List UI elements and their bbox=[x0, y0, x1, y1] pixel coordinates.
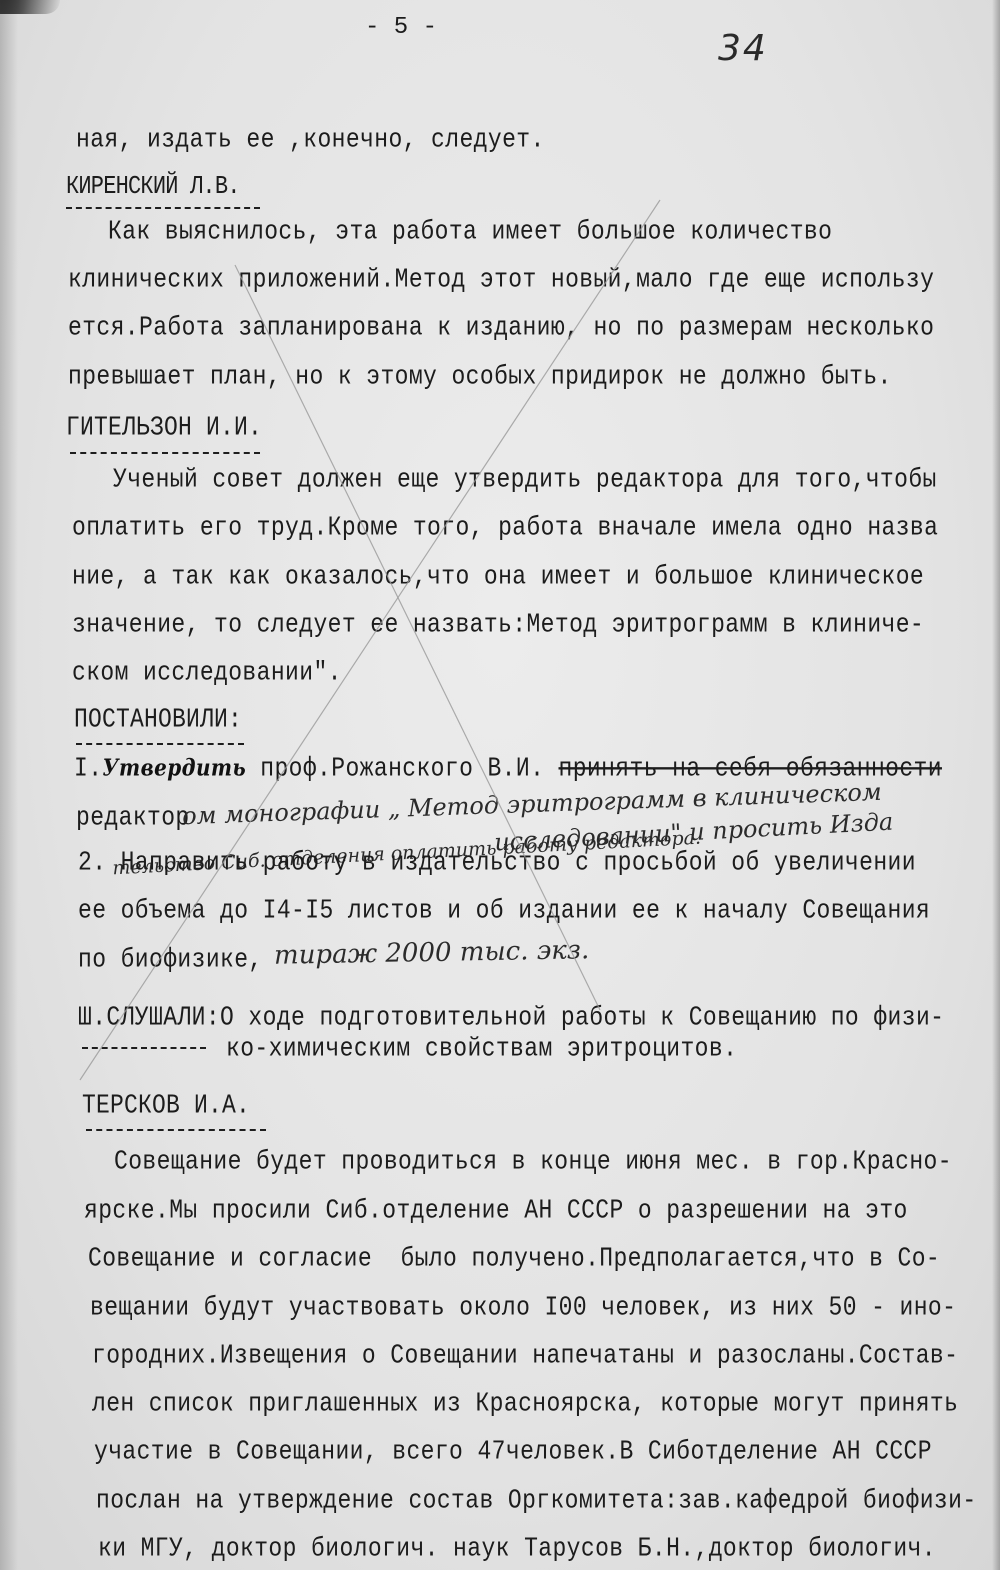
scan-left-edge bbox=[0, 0, 18, 1570]
speaker-name-gitelzon: ГИТЕЛЬЗОН И.И. bbox=[66, 412, 262, 443]
paragraph-line: ки МГУ, доктор биологич. наук Тарусов Б.… bbox=[98, 1533, 936, 1564]
continuation-line: ная, издать ее ,конечно, следует. bbox=[76, 124, 545, 155]
struck-out-text: принять на себя обязанности bbox=[559, 753, 942, 784]
speaker-name-kirensky: КИРЕНСКИЙ Л.В. bbox=[66, 172, 240, 202]
handwritten-overwrite: Утвердить bbox=[102, 753, 246, 781]
agenda-label: Ш.СЛУШАЛИ: bbox=[78, 1002, 220, 1033]
handwritten-print-run: тираж 2000 тыс. экз. bbox=[274, 935, 590, 970]
typed-text: проф.Рожанского В.И. bbox=[246, 753, 558, 784]
paragraph-line: Совещание и согласие было получено.Предп… bbox=[88, 1243, 940, 1274]
document-page: - 5 - 34 ная, издать ее ,конечно, следуе… bbox=[0, 0, 1000, 1570]
resolution-item-1-line: I.Утвердить проф.Рожанского В.И. принять… bbox=[74, 753, 942, 784]
paragraph-line: Ученый совет должен еще утвердить редакт… bbox=[113, 464, 937, 495]
scan-right-edge bbox=[992, 0, 1000, 1570]
resolution-item-2-line: 2. Направить работу в издательство с про… bbox=[78, 847, 916, 878]
paragraph-line: Совещание будет проводиться в конце июня… bbox=[114, 1146, 952, 1177]
resolution-item-2-line: по биофизике, bbox=[78, 944, 263, 975]
paragraph-line: участие в Совещании, всего 47человек.В С… bbox=[94, 1436, 932, 1467]
paragraph-line: клинических приложений.Метод этот новый,… bbox=[68, 264, 934, 295]
item-number: I. bbox=[74, 753, 102, 784]
paragraph-line: лен список приглашенных из Красноярска, … bbox=[92, 1388, 958, 1419]
resolution-heading: ПОСТАНОВИЛИ: bbox=[74, 704, 242, 735]
speaker-underline bbox=[86, 1129, 266, 1131]
paragraph-line: вещании будут участвовать около I00 чело… bbox=[90, 1292, 956, 1323]
agenda-topic-continuation: ко-химическим свойствам эритроцитов. bbox=[226, 1033, 737, 1064]
paragraph-line: ском исследовании". bbox=[72, 657, 342, 688]
archive-folio-number: 34 bbox=[718, 28, 768, 69]
paragraph-line: городних.Извещения о Совещании напечатан… bbox=[92, 1340, 958, 1371]
paragraph-line: ется.Работа запланирована к изданию, но … bbox=[68, 312, 934, 343]
paragraph-line: Как выяснилось, эта работа имеет большое… bbox=[108, 216, 832, 247]
page-number: - 5 - bbox=[365, 14, 437, 41]
speaker-underline bbox=[66, 207, 260, 209]
resolution-underline bbox=[76, 743, 244, 745]
resolution-item-1-line-2: редактор bbox=[76, 802, 190, 833]
speaker-name-terskov: ТЕРСКОВ И.А. bbox=[82, 1090, 250, 1121]
agenda-item-3: Ш.СЛУШАЛИ:О ходе подготовительной работы… bbox=[78, 1002, 944, 1033]
speaker-underline bbox=[70, 452, 260, 454]
paragraph-line: послан на утверждение состав Оргкомитета… bbox=[96, 1485, 977, 1516]
paragraph-line: оплатить его труд.Кроме того, работа вна… bbox=[72, 512, 938, 543]
agenda-underline bbox=[82, 1047, 206, 1049]
resolution-item-2-line: ее объема до I4-I5 листов и об издании е… bbox=[78, 895, 930, 926]
paragraph-line: ярске.Мы просили Сиб.отделение АН СССР о… bbox=[84, 1195, 908, 1226]
agenda-topic: О ходе подготовительной работы к Совещан… bbox=[220, 1002, 944, 1033]
paragraph-line: превышает план, но к этому особых придир… bbox=[68, 361, 892, 392]
paragraph-line: ние, а так как оказалось,что она имеет и… bbox=[72, 561, 924, 592]
paragraph-line: значение, то следует ее назвать:Метод эр… bbox=[72, 609, 924, 640]
